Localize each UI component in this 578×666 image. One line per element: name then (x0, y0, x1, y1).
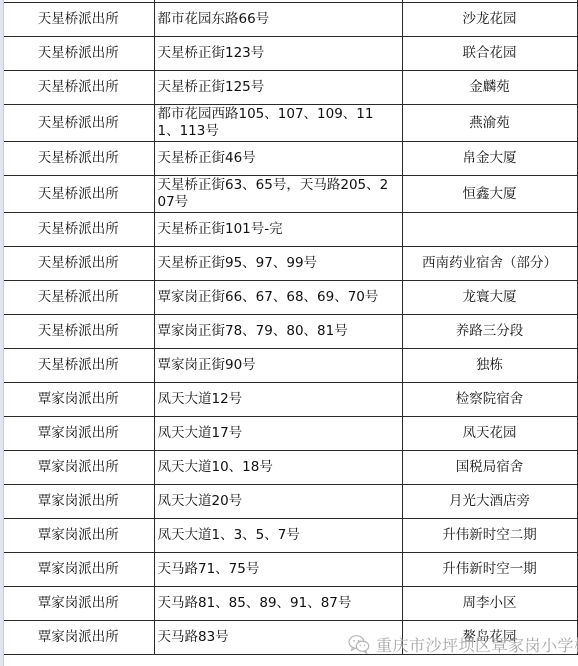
estate-cell[interactable]: 凤天花园 (402, 417, 577, 451)
station-cell[interactable]: 天星桥派出所 (3, 71, 154, 105)
table-row: 天星桥派出所 天星桥正街95、97、99号 西南药业宿舍（部分） (3, 247, 577, 281)
table-row: 覃家岗派出所 凤天大道20号 月光大酒店旁 (3, 485, 577, 519)
station-cell[interactable]: 覃家岗派出所 (3, 451, 154, 485)
estate-cell[interactable]: 鳌岛花园 (402, 621, 577, 655)
table-row: 覃家岗派出所 凤天大道17号 凤天花园 (3, 417, 577, 451)
table-row: 天星桥派出所 天星桥正街63、65号，天马路205、207号 恒鑫大厦 (3, 176, 577, 213)
address-cell[interactable]: 天马路83号 (154, 621, 402, 655)
address-cell[interactable]: 天星桥正街101号-完 (154, 213, 402, 247)
address-cell[interactable]: 天星桥正街125号 (154, 71, 402, 105)
station-cell[interactable]: 天星桥派出所 (3, 213, 154, 247)
table-row: 天星桥派出所 天星桥正街46号 帛金大厦 (3, 142, 577, 176)
station-cell[interactable]: 天星桥派出所 (3, 315, 154, 349)
estate-cell[interactable]: 独栋 (402, 349, 577, 383)
address-cell[interactable]: 凤天大道10、18号 (154, 451, 402, 485)
station-cell[interactable]: 天星桥派出所 (3, 3, 154, 37)
table-row: 天星桥派出所 都市花园西路105、107、109、111、113号 燕渝苑 (3, 105, 577, 142)
station-cell[interactable]: 覃家岗派出所 (3, 621, 154, 655)
address-table: 天星桥派出所 都市花园东路66号 沙龙花园 天星桥派出所 天星桥正街123号 联… (3, 0, 578, 655)
estate-cell[interactable]: 燕渝苑 (402, 105, 577, 142)
table-row: 覃家岗派出所 凤天大道10、18号 国税局宿舍 (3, 451, 577, 485)
address-cell[interactable]: 覃家岗正街66、67、68、69、70号 (154, 281, 402, 315)
estate-cell[interactable]: 周李小区 (402, 587, 577, 621)
estate-cell[interactable]: 联合花园 (402, 37, 577, 71)
table-row: 覃家岗派出所 凤天大道12号 检察院宿舍 (3, 383, 577, 417)
estate-cell[interactable]: 升伟新时空一期 (402, 553, 577, 587)
table-row: 天星桥派出所 都市花园东路66号 沙龙花园 (3, 3, 577, 37)
station-cell[interactable]: 覃家岗派出所 (3, 383, 154, 417)
estate-cell[interactable]: 西南药业宿舍（部分） (402, 247, 577, 281)
estate-cell[interactable]: 恒鑫大厦 (402, 176, 577, 213)
estate-cell[interactable]: 养路三分段 (402, 315, 577, 349)
sheet-left-edge (0, 0, 4, 666)
table-row: 覃家岗派出所 天马路81、85、89、91、87号 周李小区 (3, 587, 577, 621)
estate-cell[interactable]: 龙寰大厦 (402, 281, 577, 315)
address-cell[interactable]: 凤天大道17号 (154, 417, 402, 451)
station-cell[interactable]: 天星桥派出所 (3, 247, 154, 281)
estate-cell[interactable] (402, 213, 577, 247)
address-cell[interactable]: 覃家岗正街90号 (154, 349, 402, 383)
address-cell[interactable]: 凤天大道20号 (154, 485, 402, 519)
estate-cell[interactable]: 帛金大厦 (402, 142, 577, 176)
table-row: 覃家岗派出所 天马路83号 鳌岛花园 (3, 621, 577, 655)
station-cell[interactable]: 天星桥派出所 (3, 349, 154, 383)
address-cell[interactable]: 天星桥正街95、97、99号 (154, 247, 402, 281)
address-cell[interactable]: 天马路81、85、89、91、87号 (154, 587, 402, 621)
estate-cell[interactable]: 升伟新时空二期 (402, 519, 577, 553)
station-cell[interactable]: 天星桥派出所 (3, 281, 154, 315)
address-cell[interactable]: 都市花园西路105、107、109、111、113号 (154, 105, 402, 142)
address-cell[interactable]: 凤天大道1、3、5、7号 (154, 519, 402, 553)
table-row: 天星桥派出所 天星桥正街123号 联合花园 (3, 37, 577, 71)
address-cell[interactable]: 凤天大道12号 (154, 383, 402, 417)
station-cell[interactable]: 天星桥派出所 (3, 176, 154, 213)
station-cell[interactable]: 天星桥派出所 (3, 105, 154, 142)
address-cell[interactable]: 都市花园东路66号 (154, 3, 402, 37)
table-row: 覃家岗派出所 凤天大道1、3、5、7号 升伟新时空二期 (3, 519, 577, 553)
table-row: 天星桥派出所 天星桥正街125号 金麟苑 (3, 71, 577, 105)
address-cell[interactable]: 天星桥正街46号 (154, 142, 402, 176)
table-row: 天星桥派出所 覃家岗正街66、67、68、69、70号 龙寰大厦 (3, 281, 577, 315)
station-cell[interactable]: 天星桥派出所 (3, 37, 154, 71)
address-cell[interactable]: 覃家岗正街78、79、80、81号 (154, 315, 402, 349)
estate-cell[interactable]: 金麟苑 (402, 71, 577, 105)
table-row: 天星桥派出所 覃家岗正街78、79、80、81号 养路三分段 (3, 315, 577, 349)
station-cell[interactable]: 覃家岗派出所 (3, 553, 154, 587)
table-row: 天星桥派出所 覃家岗正街90号 独栋 (3, 349, 577, 383)
estate-cell[interactable]: 国税局宿舍 (402, 451, 577, 485)
station-cell[interactable]: 覃家岗派出所 (3, 417, 154, 451)
station-cell[interactable]: 天星桥派出所 (3, 142, 154, 176)
table-row: 覃家岗派出所 天马路71、75号 升伟新时空一期 (3, 553, 577, 587)
estate-cell[interactable]: 沙龙花园 (402, 3, 577, 37)
address-cell[interactable]: 天星桥正街63、65号，天马路205、207号 (154, 176, 402, 213)
estate-cell[interactable]: 检察院宿舍 (402, 383, 577, 417)
station-cell[interactable]: 覃家岗派出所 (3, 519, 154, 553)
table-row: 天星桥派出所 天星桥正街101号-完 (3, 213, 577, 247)
station-cell[interactable]: 覃家岗派出所 (3, 587, 154, 621)
address-cell[interactable]: 天马路71、75号 (154, 553, 402, 587)
estate-cell[interactable]: 月光大酒店旁 (402, 485, 577, 519)
address-cell[interactable]: 天星桥正街123号 (154, 37, 402, 71)
station-cell[interactable]: 覃家岗派出所 (3, 485, 154, 519)
